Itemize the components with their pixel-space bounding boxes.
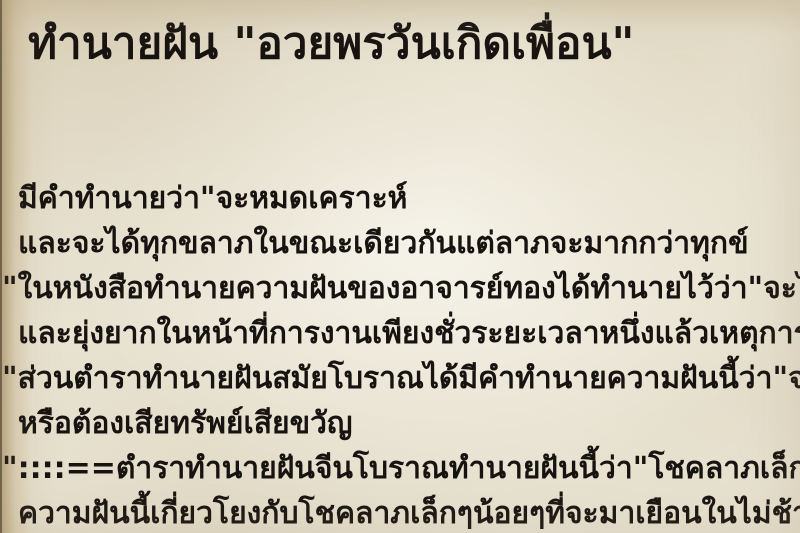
text-line-5: "ส่วนตำราทำนายฝันสมัยโบราณได้มีคำทำนายคว… xyxy=(0,356,800,401)
text-line-4: และยุ่งยากในหน้าที่การงานเพียงชั่วระยะเว… xyxy=(0,311,800,356)
paper-page: ทำนายฝัน "อวยพรวันเกิดเพื่อน" มีคำทำนายว… xyxy=(0,0,800,533)
text-line-1: มีคำทำนายว่า"จะหมดเคราะห์ xyxy=(0,176,800,221)
body-text: มีคำทำนายว่า"จะหมดเคราะห์ และจะได้ทุกขลา… xyxy=(0,176,800,533)
text-line-2: และจะได้ทุกขลาภในขณะเดียวกันแต่ลาภจะมากก… xyxy=(0,221,800,266)
page-title: ทำนายฝัน "อวยพรวันเกิดเพื่อน" xyxy=(28,16,634,71)
clipped-bottom-text-line: ความฝันนี้เกี่ยวโยงกับโชคลาภเล็กๆน้อยๆที… xyxy=(0,491,800,533)
text-line-3: "ในหนังสือทำนายความฝันของอาจารย์ทองได้ทำ… xyxy=(0,266,800,311)
text-line-6: หรือต้องเสียทรัพย์เสียขวัญ xyxy=(0,401,800,446)
text-line-7: "::::==ตำราทำนายฝันจีนโบราณทำนายฝันนี้ว่… xyxy=(0,446,800,491)
